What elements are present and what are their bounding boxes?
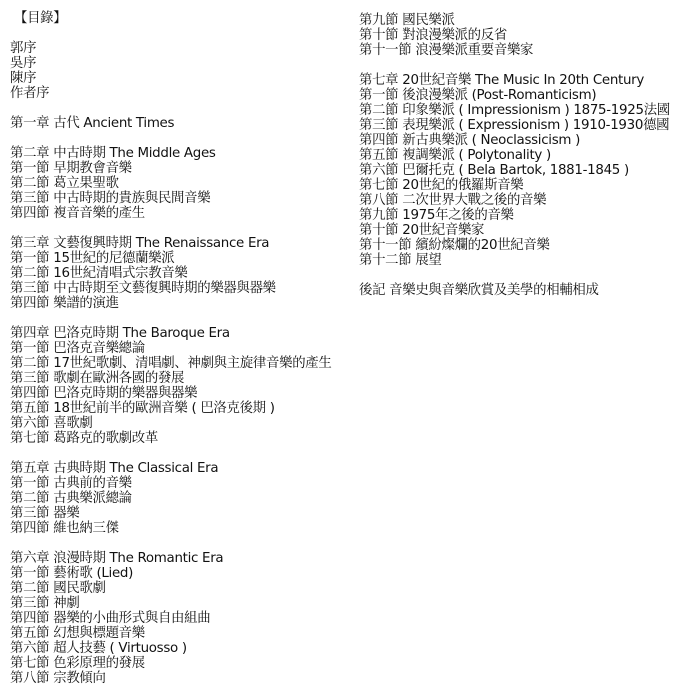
section-item: 第一節 早期教會音樂: [10, 161, 355, 176]
section-item: 第二節 國民歌劇: [10, 581, 355, 596]
section-item: 第一節 15世紀的尼德蘭樂派: [10, 251, 355, 266]
section-item: 第一節 後浪漫樂派 (Post-Romanticism): [359, 88, 699, 103]
section-item: 第三節 中古時期至文藝復興時期的樂器與器樂: [10, 281, 355, 296]
section-item: 第二節 葛立果聖歌: [10, 176, 355, 191]
section-item: 第十一節 繽紛燦爛的20世紀音樂: [359, 238, 699, 253]
preface-chen: 陳序: [10, 71, 355, 86]
epilogue-heading: 後記 音樂史與音樂欣賞及美學的相輔相成: [359, 283, 699, 298]
section-item: 第三節 器樂: [10, 506, 355, 521]
section-item: 第六節 巴爾托克 ( Bela Bartok, 1881-1845 ): [359, 163, 699, 178]
section-item: 第十一節 浪漫樂派重要音樂家: [359, 43, 699, 58]
toc-left-column: 【目錄】 郭序 吳序 陳序 作者序 第一章 古代 Ancient Times 第…: [10, 11, 355, 686]
toc-title: 【目錄】: [10, 11, 355, 26]
chapter-5-heading: 第五章 古典時期 The Classical Era: [10, 461, 355, 476]
section-item: 第一節 巴洛克音樂總論: [10, 341, 355, 356]
chapter-6-heading: 第六章 浪漫時期 The Romantic Era: [10, 551, 355, 566]
chapter-2-heading: 第二章 中古時期 The Middle Ages: [10, 146, 355, 161]
section-item: 第八節 二次世界大戰之後的音樂: [359, 193, 699, 208]
section-item: 第九節 國民樂派: [359, 13, 699, 28]
section-item: 第七節 色彩原理的發展: [10, 656, 355, 671]
section-item: 第四節 巴洛克時期的樂器與器樂: [10, 386, 355, 401]
section-item: 第一節 古典前的音樂: [10, 476, 355, 491]
section-item: 第七節 葛路克的歌劇改革: [10, 431, 355, 446]
chapter-4-heading: 第四章 巴洛克時期 The Baroque Era: [10, 326, 355, 341]
section-item: 第五節 18世紀前半的歐洲音樂 ( 巴洛克後期 ): [10, 401, 355, 416]
section-item: 第二節 古典樂派總論: [10, 491, 355, 506]
chapter-7-heading: 第七章 20世紀音樂 The Music In 20th Century: [359, 73, 699, 88]
section-item: 第二節 17世紀歌劇、清唱劇、神劇與主旋律音樂的產生: [10, 356, 355, 371]
section-item: 第三節 表現樂派 ( Expressionism ) 1910-1930德國: [359, 118, 699, 133]
section-item: 第十節 對浪漫樂派的反省: [359, 28, 699, 43]
section-item: 第一節 藝術歌 (Lied): [10, 566, 355, 581]
section-item: 第四節 複音音樂的產生: [10, 206, 355, 221]
section-item: 第十節 20世紀音樂家: [359, 223, 699, 238]
section-item: 第三節 神劇: [10, 596, 355, 611]
toc-right-column: 第九節 國民樂派 第十節 對浪漫樂派的反省 第十一節 浪漫樂派重要音樂家 第七章…: [359, 13, 699, 298]
section-item: 第七節 20世紀的俄羅斯音樂: [359, 178, 699, 193]
preface-guo: 郭序: [10, 41, 355, 56]
section-item: 第六節 超人技藝 ( Virtuosso ): [10, 641, 355, 656]
section-item: 第四節 器樂的小曲形式與自由組曲: [10, 611, 355, 626]
section-item: 第五節 複調樂派 ( Polytonality ): [359, 148, 699, 163]
section-item: 第三節 歌劇在歐洲各國的發展: [10, 371, 355, 386]
section-item: 第三節 中古時期的貴族與民間音樂: [10, 191, 355, 206]
chapter-1-heading: 第一章 古代 Ancient Times: [10, 116, 355, 131]
section-item: 第十二節 展望: [359, 253, 699, 268]
section-item: 第二節 16世紀清唱式宗教音樂: [10, 266, 355, 281]
section-item: 第八節 宗教傾向: [10, 671, 355, 686]
section-item: 第二節 印象樂派 ( Impressionism ) 1875-1925法國: [359, 103, 699, 118]
section-item: 第四節 維也納三傑: [10, 521, 355, 536]
section-item: 第四節 樂譜的演進: [10, 296, 355, 311]
preface-wu: 吳序: [10, 56, 355, 71]
preface-author: 作者序: [10, 86, 355, 101]
section-item: 第九節 1975年之後的音樂: [359, 208, 699, 223]
chapter-3-heading: 第三章 文藝復興時期 The Renaissance Era: [10, 236, 355, 251]
section-item: 第六節 喜歌劇: [10, 416, 355, 431]
section-item: 第五節 幻想與標題音樂: [10, 626, 355, 641]
section-item: 第四節 新古典樂派 ( Neoclassicism ): [359, 133, 699, 148]
